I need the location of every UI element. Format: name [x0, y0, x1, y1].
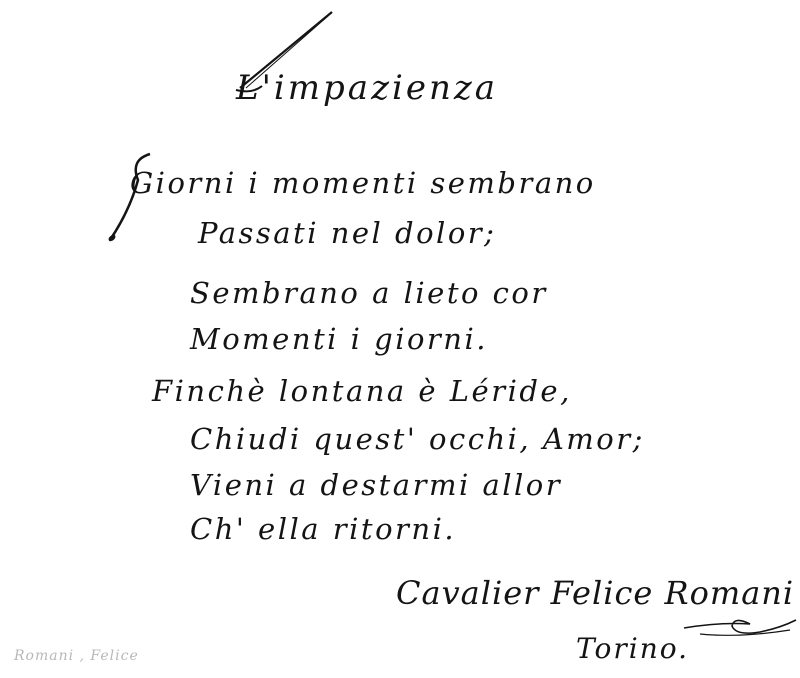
- manuscript-page: L'impazienza Giorni i momenti sembrano P…: [0, 0, 800, 678]
- signature-underline-flourish-icon: [680, 612, 800, 642]
- verse-line-8: Ch' ella ritorni.: [190, 512, 456, 546]
- place-signature: Torino.: [576, 632, 689, 665]
- author-signature: Cavalier Felice Romani: [396, 574, 794, 612]
- verse-line-7: Vieni a destarmi allor: [190, 468, 562, 502]
- verse-line-1: Giorni i momenti sembrano: [130, 166, 596, 200]
- poem-title: L'impazienza: [236, 68, 498, 108]
- verse-line-3: Sembrano a lieto cor: [190, 276, 548, 310]
- verse-line-4: Momenti i giorni.: [190, 322, 488, 356]
- initial-g-flourish-icon: [100, 150, 160, 250]
- verse-line-5: Finchè lontana è Léride,: [152, 374, 572, 408]
- verse-line-2: Passati nel dolor;: [198, 216, 496, 250]
- verse-line-6: Chiudi quest' occhi, Amor;: [190, 422, 645, 456]
- archive-stamp: Romani , Felice: [14, 648, 139, 664]
